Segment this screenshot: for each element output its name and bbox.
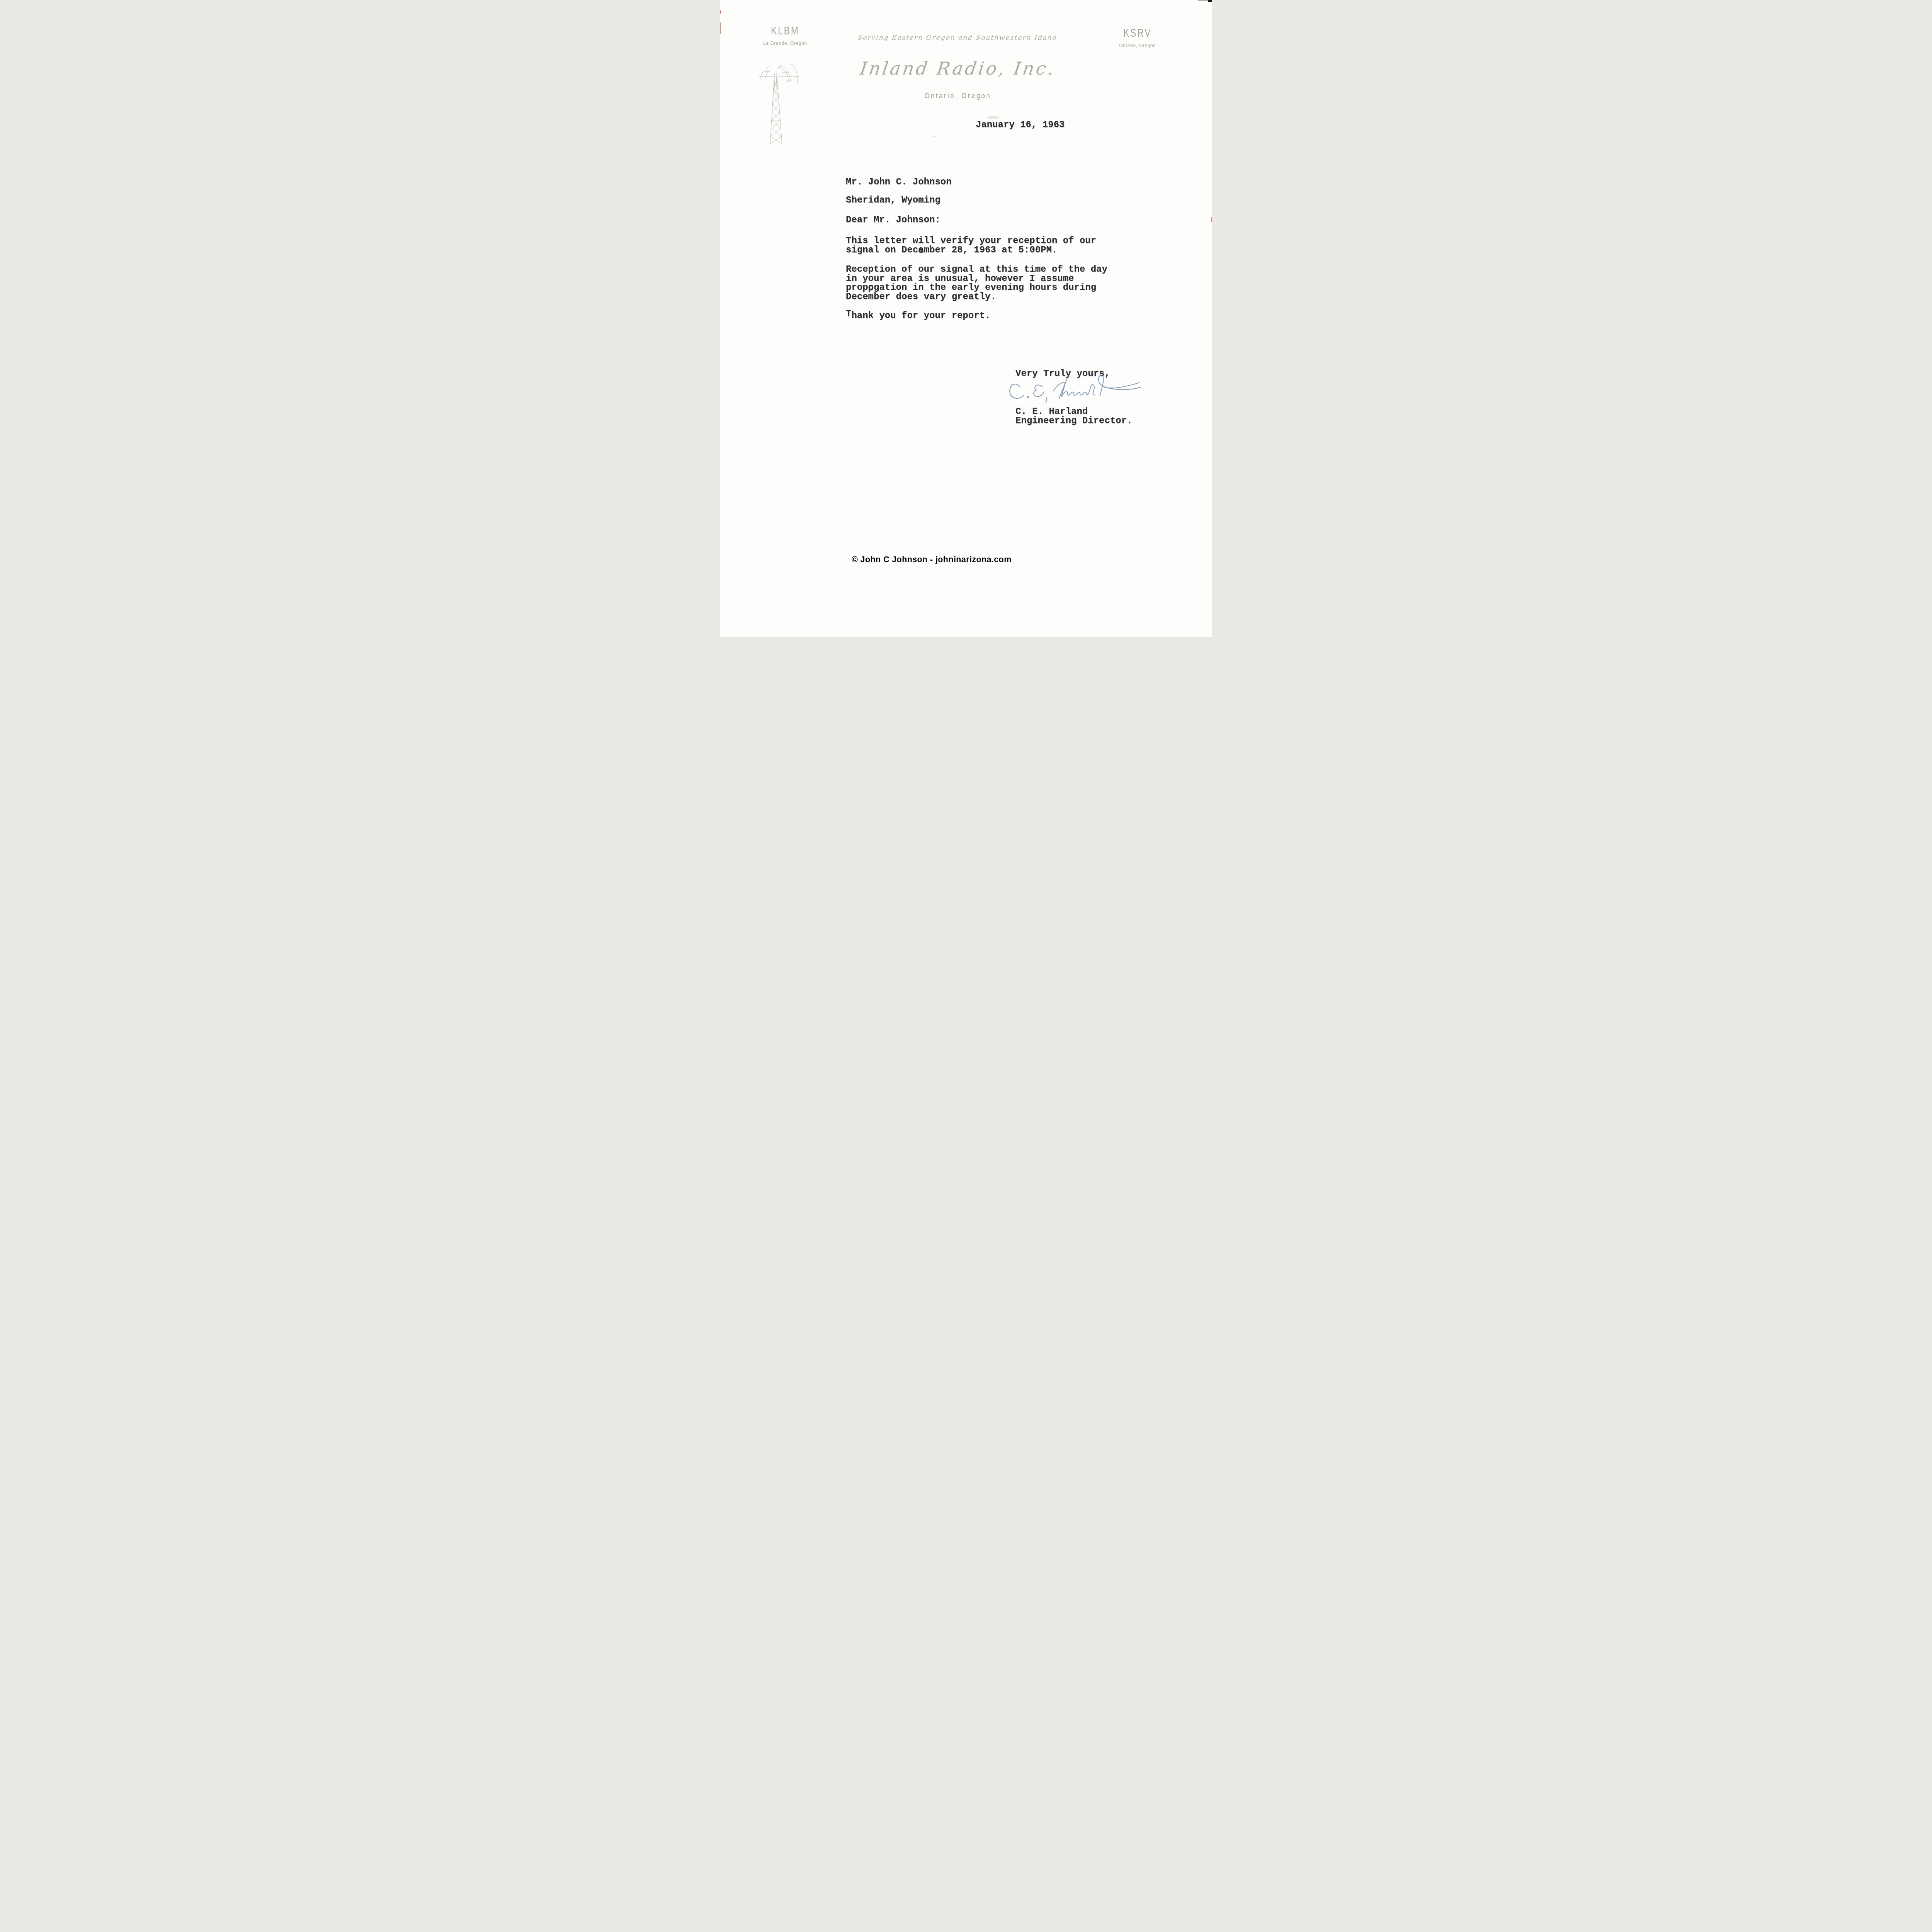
- station-location: Ontario, Oregon: [1105, 43, 1170, 48]
- recipient-line: Mr. John C. Johnson: [846, 178, 952, 187]
- scan-artifact-streak: [1198, 0, 1208, 1]
- station-call-sign: KSRV: [1107, 27, 1168, 40]
- body-line: This letter will verify your reception o…: [846, 236, 1096, 246]
- salutation: Dear Mr. Johnson:: [846, 215, 940, 225]
- overstruck-characters: po: [868, 283, 874, 293]
- scan-artifact-corner: [1208, 0, 1212, 2]
- raised-character: T: [846, 310, 851, 319]
- body-line: signal on Decaember 28, 1963 at 5:00PM.: [846, 246, 1096, 255]
- body-line: Thank you for your report.: [846, 311, 990, 321]
- radio-tower-icon: [758, 49, 800, 162]
- scan-artifact-red-tick: [1211, 217, 1212, 222]
- overstruck-characters: ae: [918, 246, 923, 255]
- signed-name: C. E. Harland: [1015, 406, 1088, 417]
- body-paragraph: This letter will verify your reception o…: [846, 236, 1096, 255]
- body-line: proppogation in the early evening hours …: [846, 283, 1107, 293]
- body-paragraph: Reception of our signal at this time of …: [846, 265, 1107, 301]
- company-name: Inland Radio, Inc.: [827, 58, 1089, 79]
- body-line: Reception of our signal at this time of …: [846, 265, 1107, 274]
- scan-artifact-red-tick: [720, 22, 721, 34]
- body-paragraph: Thank you for your report.: [846, 311, 990, 321]
- scan-artifact-speck: [934, 136, 935, 137]
- letterhead-tagline: Serving Eastern Oregon and Southwestern …: [841, 34, 1074, 42]
- station-block-klbm: KLBM La Grande, Oregon: [743, 25, 828, 46]
- scan-artifact-red-tick: [720, 10, 721, 14]
- recipient-line: Sheridan, Wyoming: [846, 196, 952, 205]
- footer-watermark: © John C Johnson - johninarizona.com: [852, 555, 1012, 565]
- letter-date: January 16, 1963: [976, 120, 1065, 130]
- company-location: Ontario, Oregon: [844, 92, 1072, 100]
- handwritten-signature: [1007, 371, 1143, 411]
- scanned-letter-page: KLBM La Grande, Oregon Serving Eastern O…: [720, 0, 1212, 637]
- body-line: December does vary greatly.: [846, 293, 1107, 302]
- body-line: in your area is unusual, however I assum…: [846, 274, 1107, 284]
- scan-artifact-smudge: [988, 116, 998, 119]
- station-block-ksrv: KSRV Ontario, Oregon: [1099, 27, 1176, 48]
- signed-title: Engineering Director.: [1015, 416, 1132, 426]
- station-location: La Grande, Oregon: [749, 40, 821, 46]
- recipient-block: Mr. John C. JohnsonSheridan, Wyoming: [846, 178, 952, 214]
- station-call-sign: KLBM: [752, 25, 818, 37]
